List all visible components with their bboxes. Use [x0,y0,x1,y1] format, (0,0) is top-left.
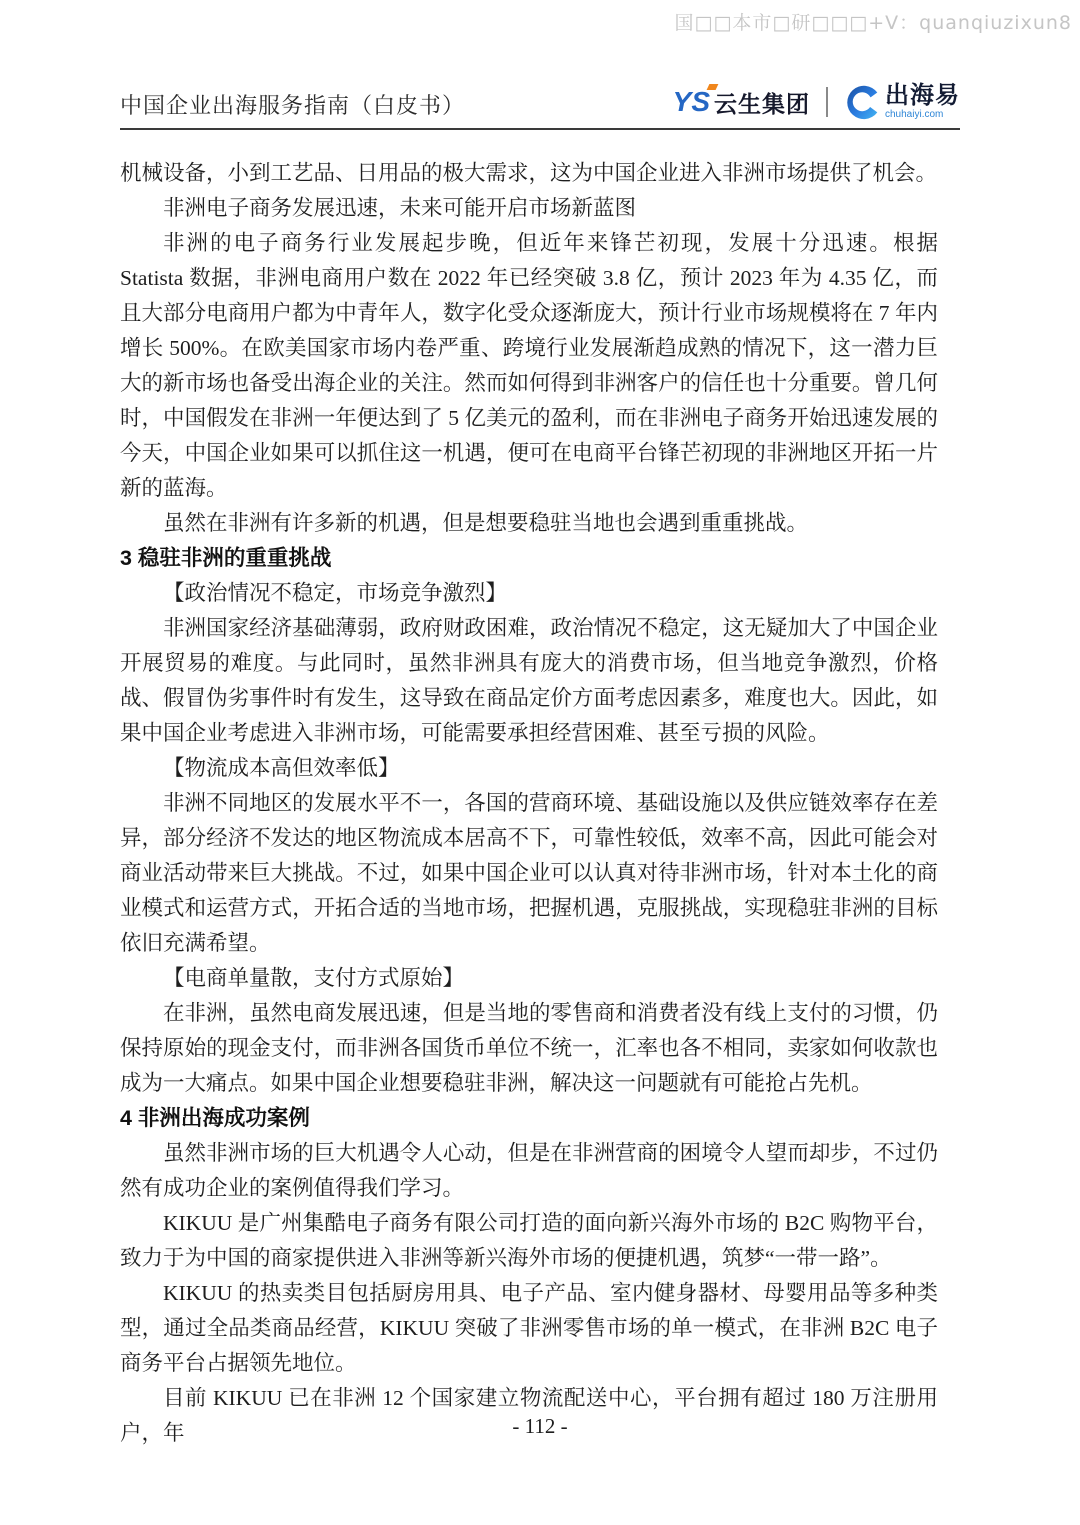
bracket-subheading: 【物流成本高但效率低】 [120,751,938,786]
body-paragraph: 非洲国家经济基础薄弱，政府财政困难，政治情况不稳定，这无疑加大了中国企业开展贸易… [120,611,938,751]
body-paragraph: KIKUU 是广州集酷电子商务有限公司打造的面向新兴海外市场的 B2C 购物平台… [120,1206,938,1276]
header-logos: YS 云生集团 出海易 chuhai [673,84,960,120]
bracket-subheading: 【电商单量散，支付方式原始】 [120,961,938,996]
page-header: 中国企业出海服务指南（白皮书） YS 云生集团 [120,84,960,130]
document-page: 国□□本市□研□□□+V：quanqiuzixun8 中国企业出海服务指南（白皮… [0,0,1080,1525]
body-paragraph: KIKUU 的热卖类目包括厨房用具、电子产品、室内健身器材、母婴用品等多种类型，… [120,1276,938,1381]
chuhaiyi-text: 出海易 chuhaiyi.com [885,84,960,120]
body-paragraph: 虽然非洲市场的巨大机遇令人心动，但是在非洲营商的困境令人望而却步，不过仍然有成功… [120,1136,938,1206]
watermark-text: 国□□本市□研□□□+V：quanqiuzixun8 [675,8,1072,35]
body-paragraph: 非洲不同地区的发展水平不一，各国的营商环境、基础设施以及供应链效率存在差异，部分… [120,786,938,961]
c-swoosh-icon [844,84,880,120]
chuhaiyi-domain: chuhaiyi.com [885,110,960,120]
ys-abbr-icon: YS [673,88,710,116]
body-paragraph: 非洲的电子商务行业发展起步晚，但近年来锋芒初现，发展十分迅速。根据 Statis… [120,226,938,506]
section-heading: 3 稳驻非洲的重重挑战 [120,541,938,576]
body-paragraph: 机械设备，小到工艺品、日用品的极大需求，这为中国企业进入非洲市场提供了机会。 [120,156,938,191]
section-heading: 4 非洲出海成功案例 [120,1101,938,1136]
chuhaiyi-name: 出海易 [885,84,960,108]
bracket-subheading: 【政治情况不稳定，市场竞争激烈】 [120,576,938,611]
document-title: 中国企业出海服务指南（白皮书） [120,89,465,120]
body-paragraph: 非洲电子商务发展迅速，未来可能开启市场新蓝图 [120,191,938,226]
ys-logo: YS 云生集团 [673,86,810,119]
chuhaiyi-logo: 出海易 chuhaiyi.com [844,84,960,120]
body-paragraph: 在非洲，虽然电商发展迅速，但是当地的零售商和消费者没有线上支付的习惯，仍保持原始… [120,996,938,1101]
ys-company-name: 云生集团 [714,86,810,119]
logo-divider [826,87,828,117]
body-paragraph: 虽然在非洲有许多新的机遇，但是想要稳驻当地也会遇到重重挑战。 [120,506,938,541]
document-body: 机械设备，小到工艺品、日用品的极大需求，这为中国企业进入非洲市场提供了机会。非洲… [120,156,938,1451]
page-number: - 112 - [0,1414,1080,1439]
